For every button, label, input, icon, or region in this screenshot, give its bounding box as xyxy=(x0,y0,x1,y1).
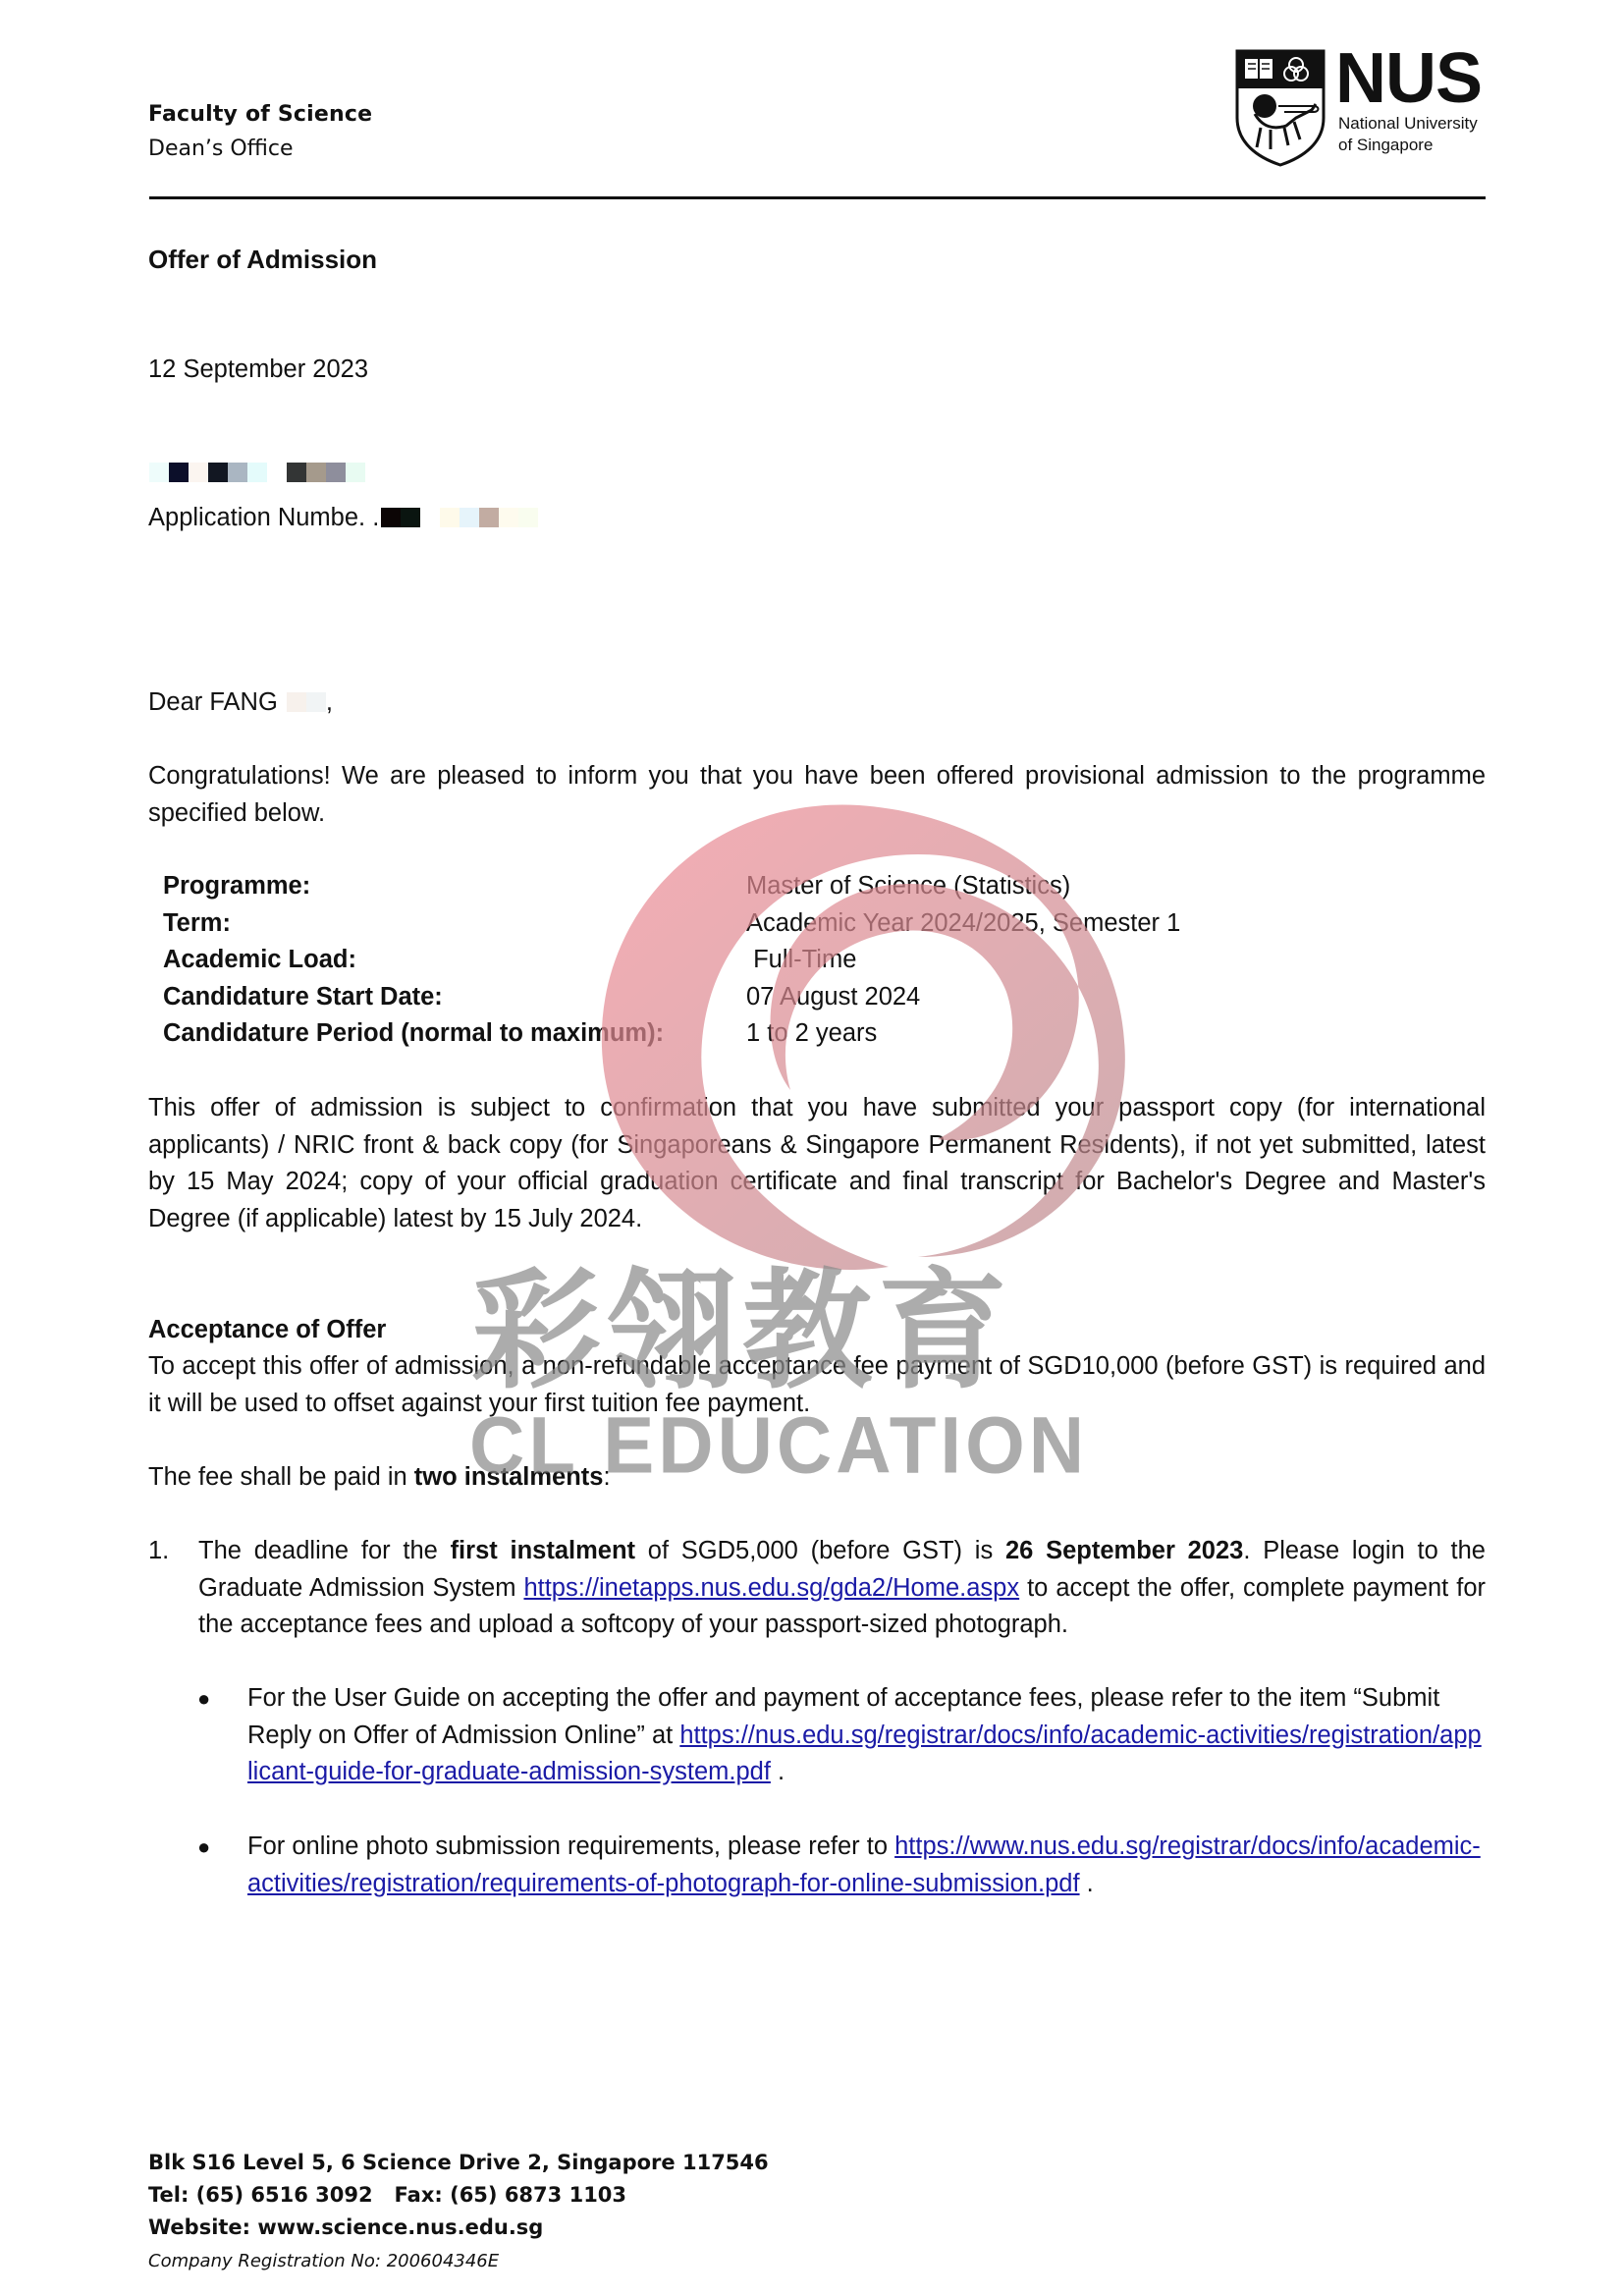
letter-title: Offer of Admission xyxy=(148,242,377,279)
item-number: 1. xyxy=(148,1533,169,1570)
recipient-given-name-redacted xyxy=(287,692,326,712)
faculty-name: Faculty of Science xyxy=(148,102,372,127)
footer-phone-fax: Tel: (65) 6516 3092 Fax: (65) 6873 1103 xyxy=(148,2183,626,2207)
nus-subtitle-line2: of Singapore xyxy=(1338,136,1433,155)
office-name: Dean’s Office xyxy=(148,137,294,161)
detail-row-term: Term: Academic Year 2024/2025, Semester … xyxy=(163,905,1439,943)
application-number: Application Numbe. . xyxy=(148,500,538,537)
letter-date: 12 September 2023 xyxy=(148,352,368,389)
nus-wordmark: NUS xyxy=(1335,43,1482,114)
footer-website: Website: www.science.nus.edu.sg xyxy=(148,2215,543,2239)
detail-row-academic-load: Academic Load: Full-Time xyxy=(163,942,1439,979)
instalments-line: The fee shall be paid in two instalments… xyxy=(148,1459,611,1497)
nus-logo: NUS National University of Singapore xyxy=(1235,49,1500,167)
application-number-redacted xyxy=(381,508,538,527)
item-text: The deadline for the first instalment of… xyxy=(198,1533,1486,1644)
programme-details: Programme: Master of Science (Statistics… xyxy=(163,868,1439,1053)
salutation-text: Dear FANG xyxy=(148,688,278,716)
detail-row-candidature-period: Candidature Period (normal to maximum): … xyxy=(163,1015,1439,1053)
bullet-icon: ● xyxy=(197,1829,210,1866)
nus-subtitle-line1: National University xyxy=(1338,114,1478,134)
nus-crest-icon xyxy=(1235,49,1326,167)
intro-paragraph: Congratulations! We are pleased to infor… xyxy=(148,758,1486,832)
acceptance-paragraph: To accept this offer of admission, a non… xyxy=(148,1348,1486,1422)
conditions-paragraph: This offer of admission is subject to co… xyxy=(148,1090,1486,1237)
bullet-icon: ● xyxy=(197,1680,210,1718)
recipient-name-redacted xyxy=(149,463,365,482)
footer-address: Blk S16 Level 5, 6 Science Drive 2, Sing… xyxy=(148,2151,769,2174)
graduate-admission-system-link[interactable]: https://inetapps.nus.edu.sg/gda2/Home.as… xyxy=(523,1574,1019,1602)
detail-row-start-date: Candidature Start Date: 07 August 2024 xyxy=(163,979,1439,1016)
header-divider xyxy=(149,196,1486,199)
detail-row-programme: Programme: Master of Science (Statistics… xyxy=(163,868,1439,905)
offer-letter-page: Faculty of Science Dean’s Office NUS Nat… xyxy=(0,0,1624,2296)
salutation: Dear FANG , xyxy=(148,684,333,722)
acceptance-heading: Acceptance of Offer xyxy=(148,1312,386,1349)
footer-registration: Company Registration No: 200604346E xyxy=(148,2251,499,2271)
application-number-label: Application Numbe. . xyxy=(148,504,379,531)
